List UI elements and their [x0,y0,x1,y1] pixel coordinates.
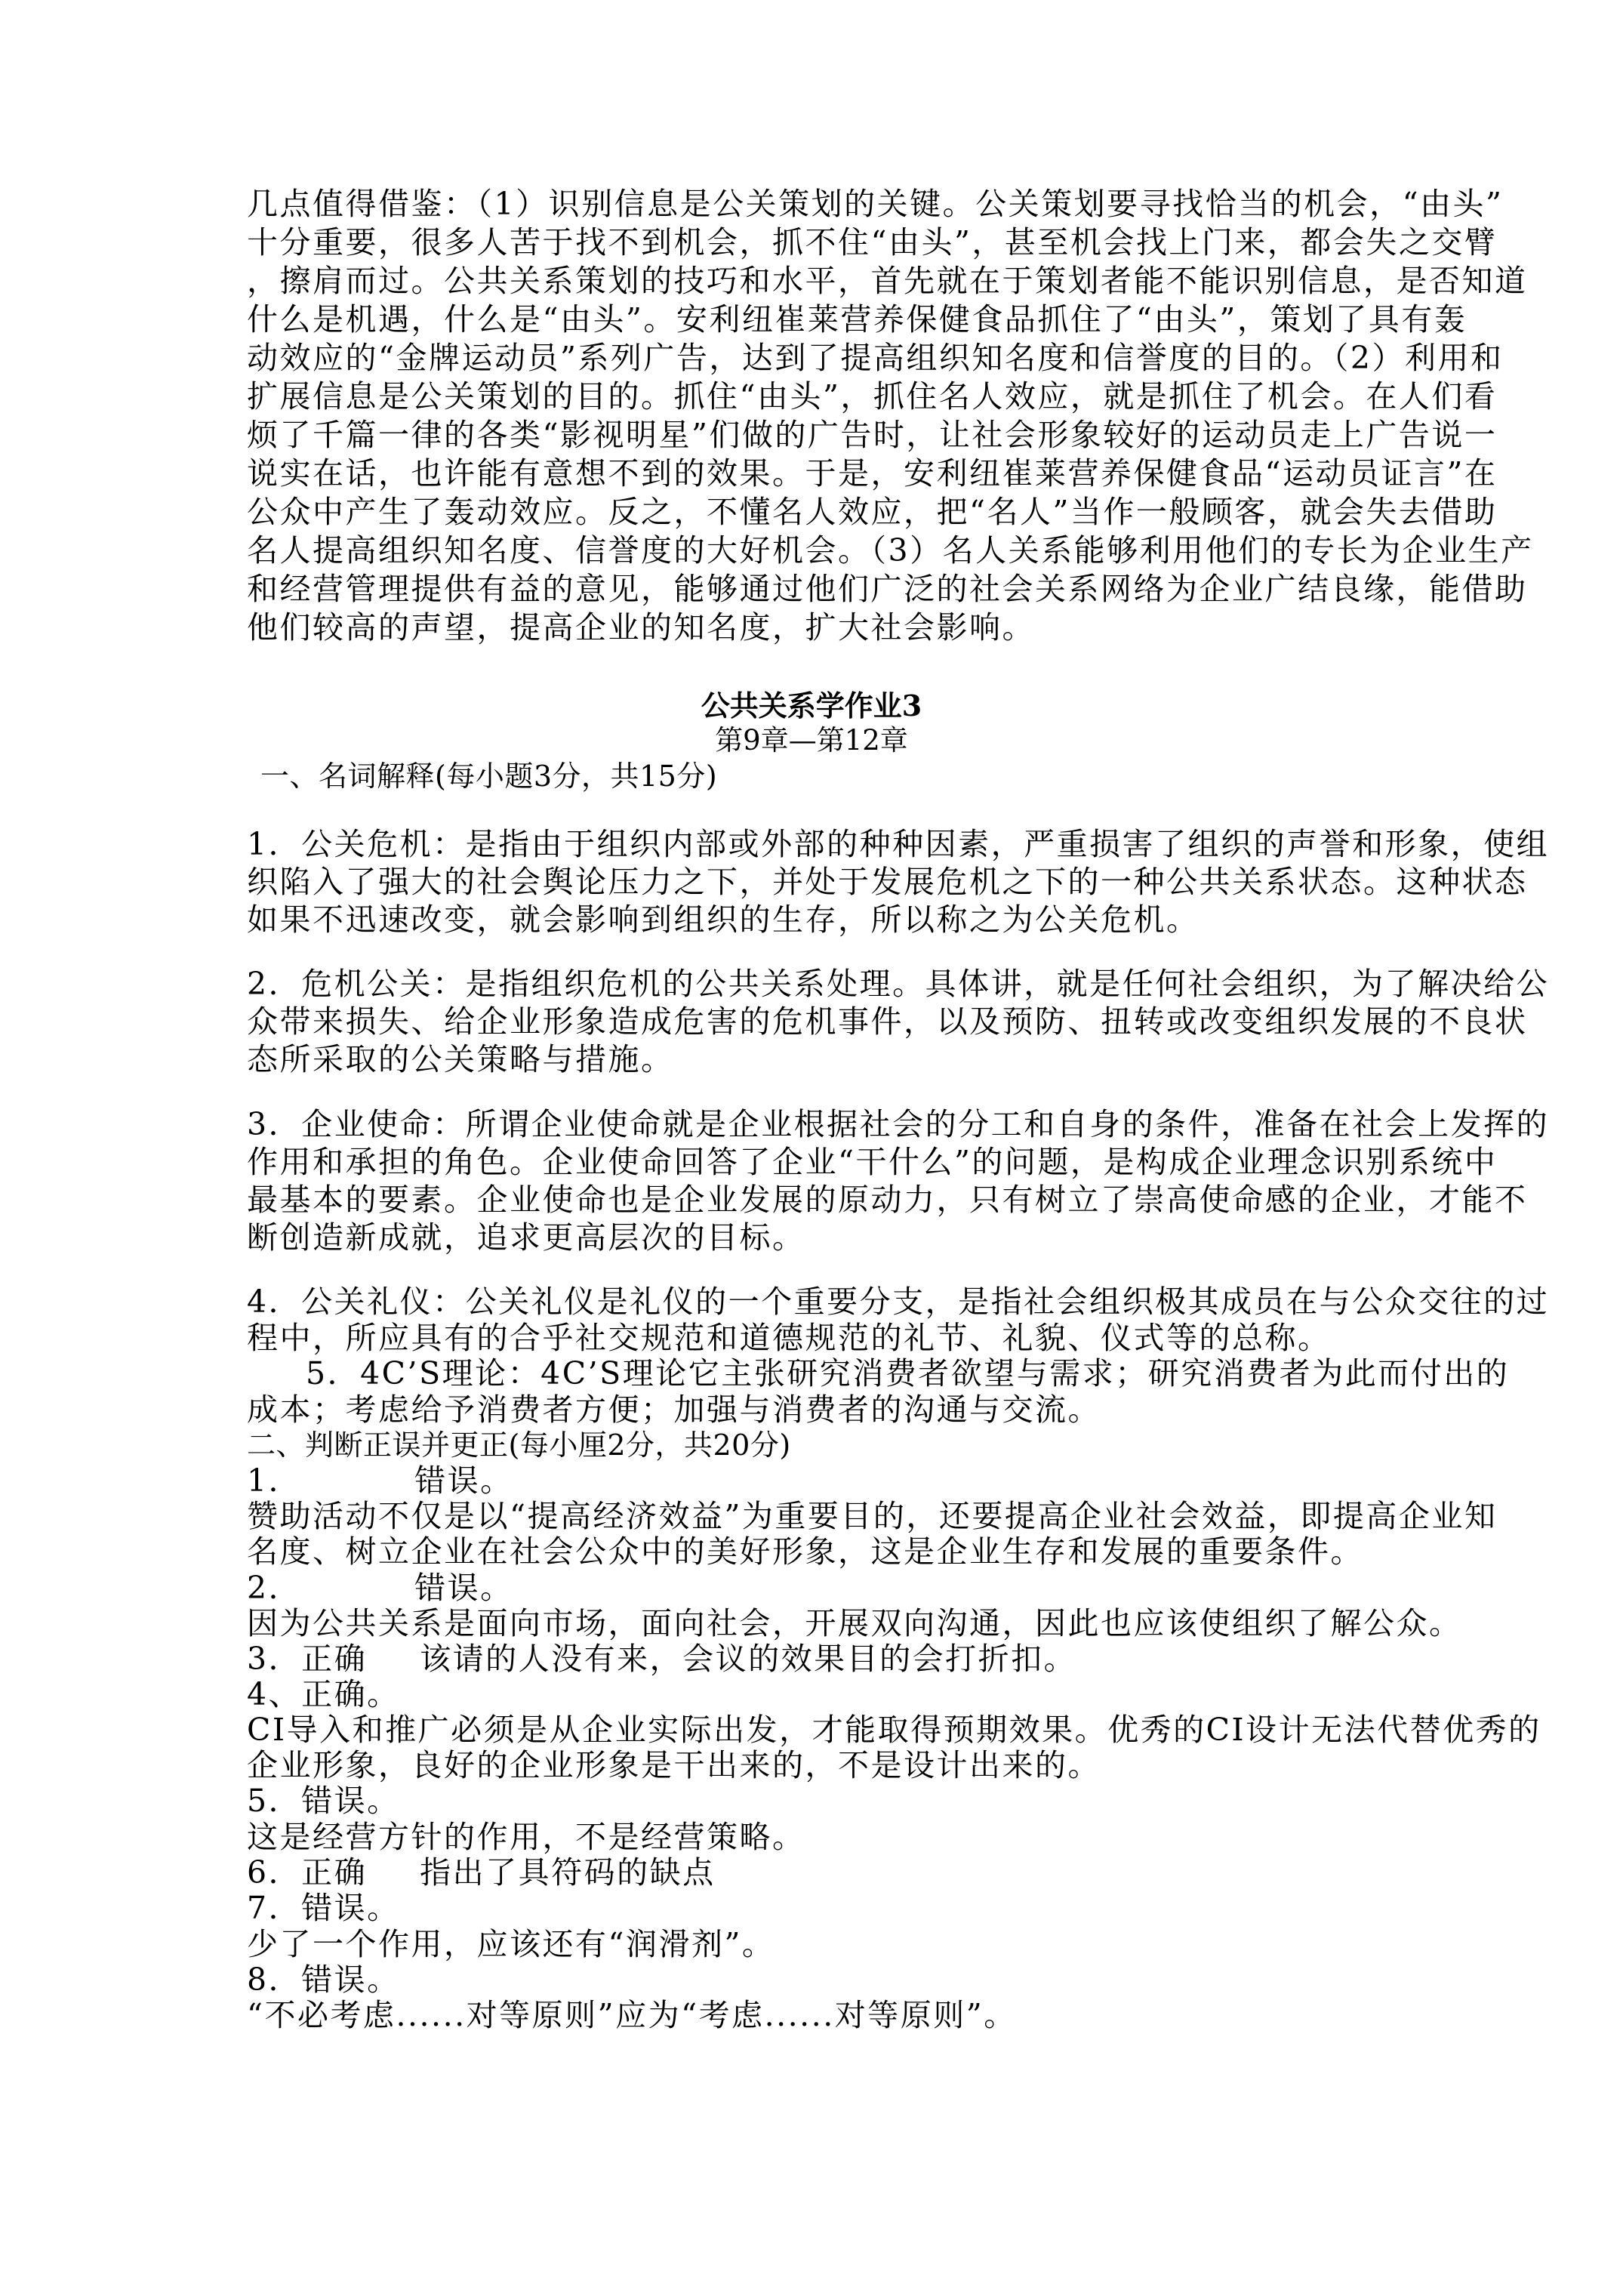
judgement-item: 4、正确。 [247,1676,400,1712]
term-line: 最基本的要素。企业使命也是企业发展的原动力，只有树立了崇高使命感的企业，才能不 [247,1182,1528,1218]
term-line: 5．4C’S理论：4C’S理论它主张研究消费者欲望与需求；研究消费者为此而付出的 [306,1355,1509,1391]
paragraph-line: ，擦肩而过。公共关系策划的技巧和水平，首先就在于策划者能不能识别信息，是否知道 [247,263,1528,299]
document-subtitle: 第9章—第12章 [0,723,1623,758]
paragraph-line: 十分重要，很多人苦于找不到机会，抓不住“由头”，甚至机会找上门来，都会失之交臂 [247,224,1497,260]
term-line: 如果不迅速改变，就会影响到组织的生存，所以称之为公关危机。 [247,901,1200,938]
item-explanation: 少了一个作用，应该还有“润滑剂”。 [247,1926,775,1962]
section-heading: 一、名词解释(每小题3分，共15分) [260,758,717,794]
judgement-item: 6．正确指出了具符码的缺点 [247,1854,716,1891]
judgement-item: 3．正确该请的人没有来，会议的效果目的会打折扣。 [247,1641,1076,1677]
item-explanation: 因为公共关系是面向市场，面向社会，开展双向沟通，因此也应该使组织了解公众。 [247,1605,1462,1641]
item-number: 6．正确 [247,1854,367,1891]
judgement-item: 2．错误。 [247,1570,513,1606]
term-line: 3．企业使命：所谓企业使命就是企业根据社会的分工和自身的条件，准备在社会上发挥的 [247,1106,1549,1142]
paragraph-line: 说实在话，也许能有意想不到的效果。于是，安利纽崔莱营养保健食品“运动员证言”在 [247,455,1497,492]
paragraph-line: 扩展信息是公关策划的目的。抓住“由头”，抓住名人效应，就是抓住了机会。在人们看 [247,378,1497,415]
paragraph-line: 几点值得借鉴：（1）识别信息是公关策划的关键。公关策划要寻找恰当的机会，“由头” [247,186,1504,222]
judgement-item: 7．错误。 [247,1890,400,1926]
term-line: 态所采取的公关策略与措施。 [247,1041,674,1077]
term-line: 断创造新成就，追求更高层次的目标。 [247,1219,805,1256]
document-title: 公共关系学作业3 [0,689,1623,723]
item-verdict: 该请的人没有来，会议的效果目的会打折扣。 [420,1641,1076,1677]
document-page: 几点值得借鉴：（1）识别信息是公关策划的关键。公关策划要寻找恰当的机会，“由头”… [0,0,1623,2296]
item-number: 7．错误。 [247,1890,400,1926]
term-line: 作用和承担的角色。企业使命回答了企业“干什么”的问题，是构成企业理念识别系统中 [247,1144,1497,1180]
paragraph-line: 和经营管理提供有益的意见，能够通过他们广泛的社会关系网络为企业广结良缘，能借助 [247,571,1528,607]
paragraph-line: 什么是机遇，什么是“由头”。安利纽崔莱营养保健食品抓住了“由头”，策划了具有轰 [247,301,1467,337]
judgement-item: 5．错误。 [247,1783,400,1819]
item-explanation: 企业形象，良好的企业形象是干出来的，不是设计出来的。 [247,1747,1101,1783]
term-line: 众带来损失、给企业形象造成危害的危机事件，以及预防、扭转或改变组织发展的不良状 [247,1003,1528,1040]
term-line: 成本；考虑给予消费者方便；加强与消费者的沟通与交流。 [247,1391,1101,1428]
term-line: 2．危机公关：是指组织危机的公共关系处理。具体讲，就是任何社会组织，为了解决给公 [247,966,1549,1002]
item-number: 8．错误。 [247,1962,400,1998]
term-line: 织陷入了强大的社会舆论压力之下，并处于发展危机之下的一种公共关系状态。这种状态 [247,864,1528,900]
item-verdict: 错误。 [414,1570,513,1606]
item-verdict: 错误。 [414,1462,513,1499]
paragraph-line: 动效应的“金牌运动员”系列广告，达到了提高组织知名度和信誉度的目的。（2）利用和 [247,340,1504,376]
item-explanation: “不必考虑......对等原则”应为“考虑......对等原则”。 [247,1997,1017,2033]
paragraph-line: 名人提高组织知名度、信誉度的大好机会。（3）名人关系能够利用他们的专长为企业生产 [247,532,1534,569]
term-line: 4．公关礼仪：公关礼仪是礼仪的一个重要分支，是指社会组织极其成员在与公众交往的过 [247,1284,1549,1320]
paragraph-line: 公众中产生了轰动效应。反之，不懂名人效应，把“名人”当作一般顾客，就会失去借助 [247,494,1497,530]
item-explanation: CI导入和推广必须是从企业实际出发，才能取得预期效果。优秀的CI设计无法代替优秀… [247,1712,1541,1748]
item-explanation: 名度、树立企业在社会公众中的美好形象，这是企业生存和发展的重要条件。 [247,1533,1363,1570]
item-number: 1． [247,1462,301,1499]
item-number: 3．正确 [247,1641,367,1677]
item-verdict: 指出了具符码的缺点 [420,1854,716,1891]
section-heading: 二、判断正误并更正(每小厘2分，共20分) [247,1427,791,1463]
item-number: 5．错误。 [247,1783,400,1819]
paragraph-line: 他们较高的声望，提高企业的知名度，扩大社会影响。 [247,609,1035,646]
term-line: 程中，所应具有的合乎社交规范和道德规范的礼节、礼貌、仪式等的总称。 [247,1320,1331,1356]
item-explanation: 这是经营方针的作用，不是经营策略。 [247,1819,805,1855]
paragraph-line: 烦了千篇一律的各类“影视明星”们做的广告时，让社会形象较好的运动员走上广告说一 [247,417,1497,453]
judgement-item: 8．错误。 [247,1962,400,1998]
item-explanation: 赞助活动不仅是以“提高经济效益”为重要目的，还要提高企业社会效益，即提高企业知 [247,1498,1497,1534]
term-line: 1．公关危机：是指由于组织内部或外部的种种因素，严重损害了组织的声誉和形象，使组 [247,826,1549,862]
item-number: 4、正确。 [247,1676,400,1712]
item-number: 2． [247,1570,301,1606]
judgement-item: 1．错误。 [247,1462,513,1499]
